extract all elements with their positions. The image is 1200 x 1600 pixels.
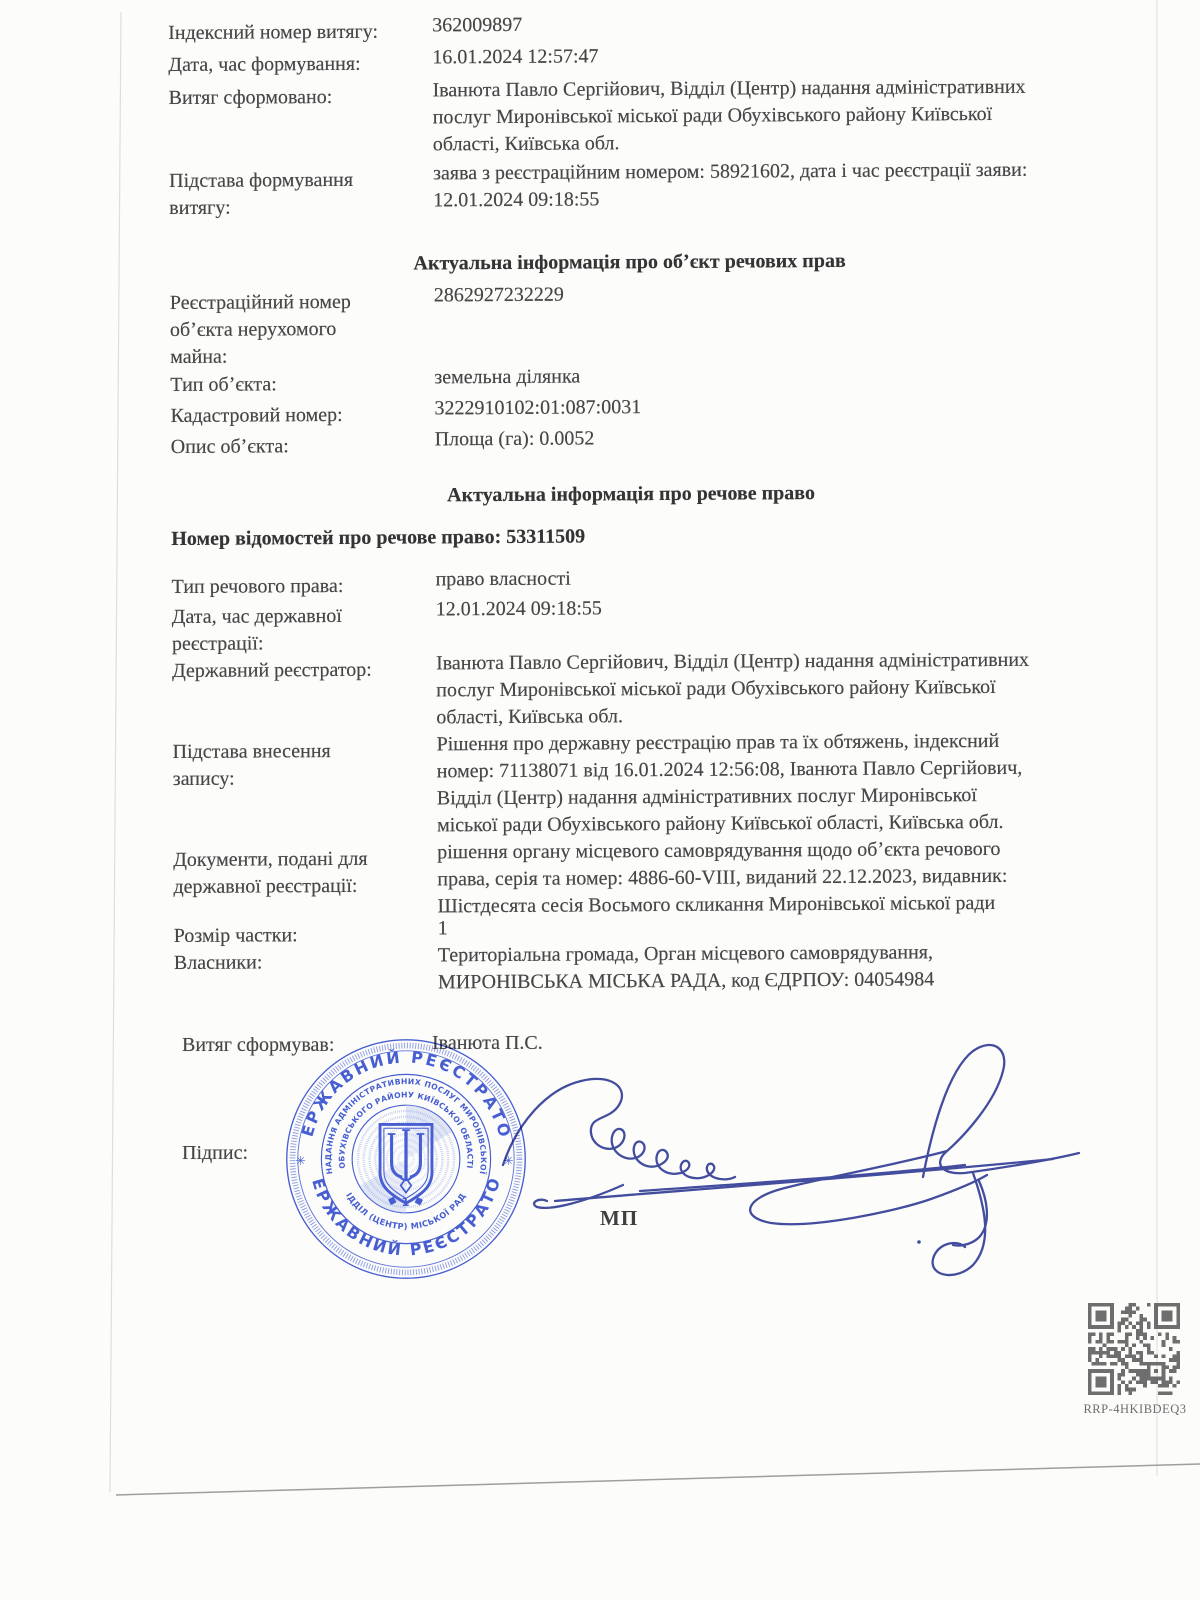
qr-code <box>1088 1303 1180 1395</box>
field-value: земельна ділянка <box>434 360 1102 391</box>
qr-caption: RRP-4HKIBDEQ3 <box>1062 1402 1200 1417</box>
field-row: Підстава внесення запису: Рішення про де… <box>173 733 1106 847</box>
signature-flourish-stem <box>923 1045 1079 1177</box>
field-row: Опис об’єкта: Площа (га): 0.0052 <box>171 428 1103 461</box>
field-label: Дата, час формування: <box>168 50 432 79</box>
field-value: право власності <box>435 562 1103 593</box>
section-title-right: Актуальна інформація про речове право <box>171 478 1091 511</box>
field-label: Тип об’єкта: <box>170 370 434 399</box>
field-value: Рішення про державну реєстрацію прав та … <box>436 727 1105 839</box>
field-row: Підстава формування витягу: заява з реєс… <box>169 162 1101 222</box>
signature-hook <box>953 1181 987 1246</box>
signature-flourish-oval <box>750 1151 987 1224</box>
field-label: Тип речового права: <box>172 572 436 601</box>
field-value: 1 <box>438 911 1106 942</box>
field-row: Витяг сформовано: Іванюта Павло Сергійов… <box>169 79 1101 166</box>
field-label: Розмір частки: <box>174 921 438 950</box>
field-label: Підстава формування витягу: <box>169 166 433 222</box>
field-value: заява з реєстраційним номером: 58921602,… <box>433 156 1101 214</box>
document-page: Індексний номер витягу: 362009897 Дата, … <box>0 0 1200 1600</box>
left-edge-line <box>110 12 121 1492</box>
field-label: Власники: <box>174 948 438 1004</box>
field-value: 16.01.2024 12:57:47 <box>432 40 1100 71</box>
trident-emblem <box>380 1124 432 1203</box>
signature-ink <box>495 1015 1135 1295</box>
field-value: 3222910102:01:087:0031 <box>434 391 1102 422</box>
record-number-line: Номер відомостей про речове право: 53311… <box>171 520 1103 553</box>
registrar-stamp: ДЕРЖАВНИЙ РЕЄСТРАТОР ДЕРЖАВНИЙ РЕЄСТРАТО… <box>281 1034 531 1284</box>
field-label: Витяг сформовано: <box>169 83 433 166</box>
signature-label: Підпис: <box>182 1140 248 1167</box>
field-label: Опис об’єкта: <box>171 432 435 461</box>
stamp-left-star: ✳ <box>295 1153 305 1168</box>
field-value: Територіальна громада, Орган місцевого с… <box>438 938 1106 996</box>
field-value: Іванюта Павло Сергійович, Відділ (Центр)… <box>436 646 1104 731</box>
field-label: Індексний номер витягу: <box>168 18 432 47</box>
field-value: Іванюта Павло Сергійович, Відділ (Центр)… <box>432 73 1100 158</box>
field-value: 362009897 <box>432 8 1100 39</box>
field-row: Державний реєстратор: Іванюта Павло Серг… <box>172 652 1104 739</box>
signature-dot <box>917 1240 921 1244</box>
stamp-right-star: ✳ <box>503 1153 513 1168</box>
field-label: Підстава внесення запису: <box>173 737 438 847</box>
section-title-object: Актуальна інформація про об’єкт речових … <box>170 246 1090 279</box>
field-row: Власники: Територіальна громада, Орган м… <box>174 944 1106 1004</box>
field-value: Площа (га): 0.0052 <box>435 422 1103 453</box>
field-value: 12.01.2024 09:18:55 <box>436 592 1104 650</box>
bottom-edge-line <box>116 1464 1200 1495</box>
field-label: Реєстраційний номер об’єкта нерухомого м… <box>170 288 434 371</box>
signature-coil <box>503 1079 735 1180</box>
field-label: Кадастровий номер: <box>170 401 434 430</box>
document-body: Індексний номер витягу: 362009897 Дата, … <box>168 0 1106 1004</box>
field-row: Реєстраційний номер об’єкта нерухомого м… <box>170 284 1102 371</box>
field-value: 2862927232229 <box>434 278 1102 363</box>
stamp-number-text: ◆ 1 ◆ <box>386 1192 426 1209</box>
field-value: рішення органу місцевого самоврядування … <box>437 835 1105 920</box>
field-label: Державний реєстратор: <box>172 656 436 739</box>
field-label: Документи, подані для державної реєстрац… <box>173 845 437 928</box>
field-label: Дата, час державної реєстрації: <box>172 602 436 658</box>
